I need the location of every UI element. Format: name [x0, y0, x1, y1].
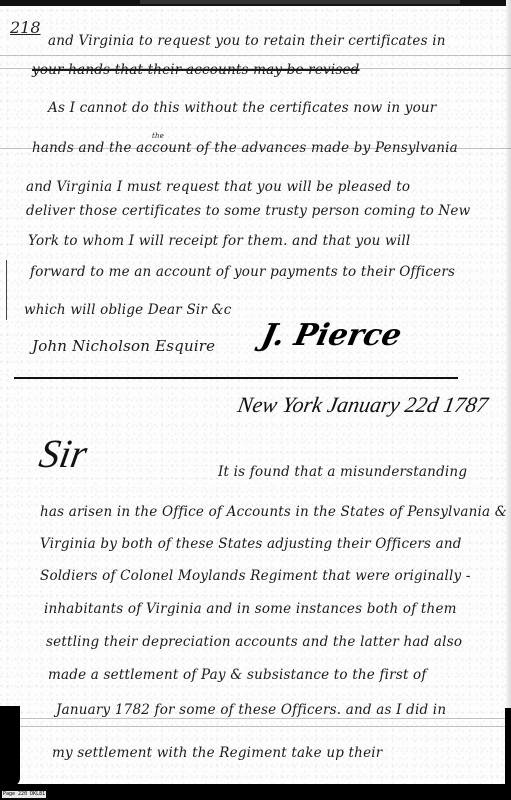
letter-line: Soldiers of Colonel Moylands Regiment th…	[40, 568, 471, 584]
letter-divider-rule	[14, 377, 458, 379]
page-number: 218	[10, 18, 41, 37]
letter-line: As I cannot do this without the certific…	[48, 100, 436, 116]
salutation: Sir	[36, 430, 91, 477]
scan-right-black-region	[505, 708, 511, 788]
signature: J. Pierce	[258, 318, 404, 353]
letter-line: January 1782 for some of these Officers.…	[56, 702, 446, 718]
letter-line: inhabitants of Virginia and in some inst…	[44, 601, 457, 617]
manuscript-page: 218 and Virginia to request you to retai…	[0, 0, 511, 800]
scan-bottom-border	[0, 784, 511, 800]
dateline: New York January 22d 1787	[236, 392, 490, 418]
letter-line: settling their depreciation accounts and…	[46, 634, 462, 650]
struck-letter-line: your hands that their accounts may be re…	[32, 62, 360, 78]
closing-line: which will oblige Dear Sir &c	[24, 302, 232, 318]
letter-line: made a settlement of Pay & subsistance t…	[48, 667, 427, 683]
interlinear-insert: the	[152, 132, 164, 140]
scan-left-black-region	[0, 706, 20, 786]
addressee: John Nicholson Esquire	[32, 337, 215, 355]
ruled-line	[0, 726, 511, 727]
letter-line: It is found that a misunderstanding	[218, 464, 467, 480]
letter-line: has arisen in the Office of Accounts in …	[40, 504, 507, 520]
margin-mark	[6, 260, 7, 320]
letter-line: Virginia by both of these States adjusti…	[40, 536, 462, 552]
scan-top-edge-shadow	[140, 0, 460, 4]
letter-line: York to whom I will receipt for them. an…	[28, 233, 410, 249]
letter-line: and Virginia I must request that you wil…	[26, 179, 410, 195]
letter-line: my settlement with the Regiment take up …	[52, 745, 382, 761]
ruled-line	[0, 718, 511, 719]
letter-line: and Virginia to request you to retain th…	[48, 33, 446, 49]
letter-line: forward to me an account of your payment…	[30, 264, 455, 280]
scan-right-edge	[506, 0, 511, 708]
letter-line: deliver those certificates to some trust…	[26, 203, 470, 219]
page-label: Page 220 DKL81	[2, 791, 46, 798]
ruled-line	[0, 55, 511, 56]
letter-line: hands and the account of the advances ma…	[32, 140, 458, 156]
